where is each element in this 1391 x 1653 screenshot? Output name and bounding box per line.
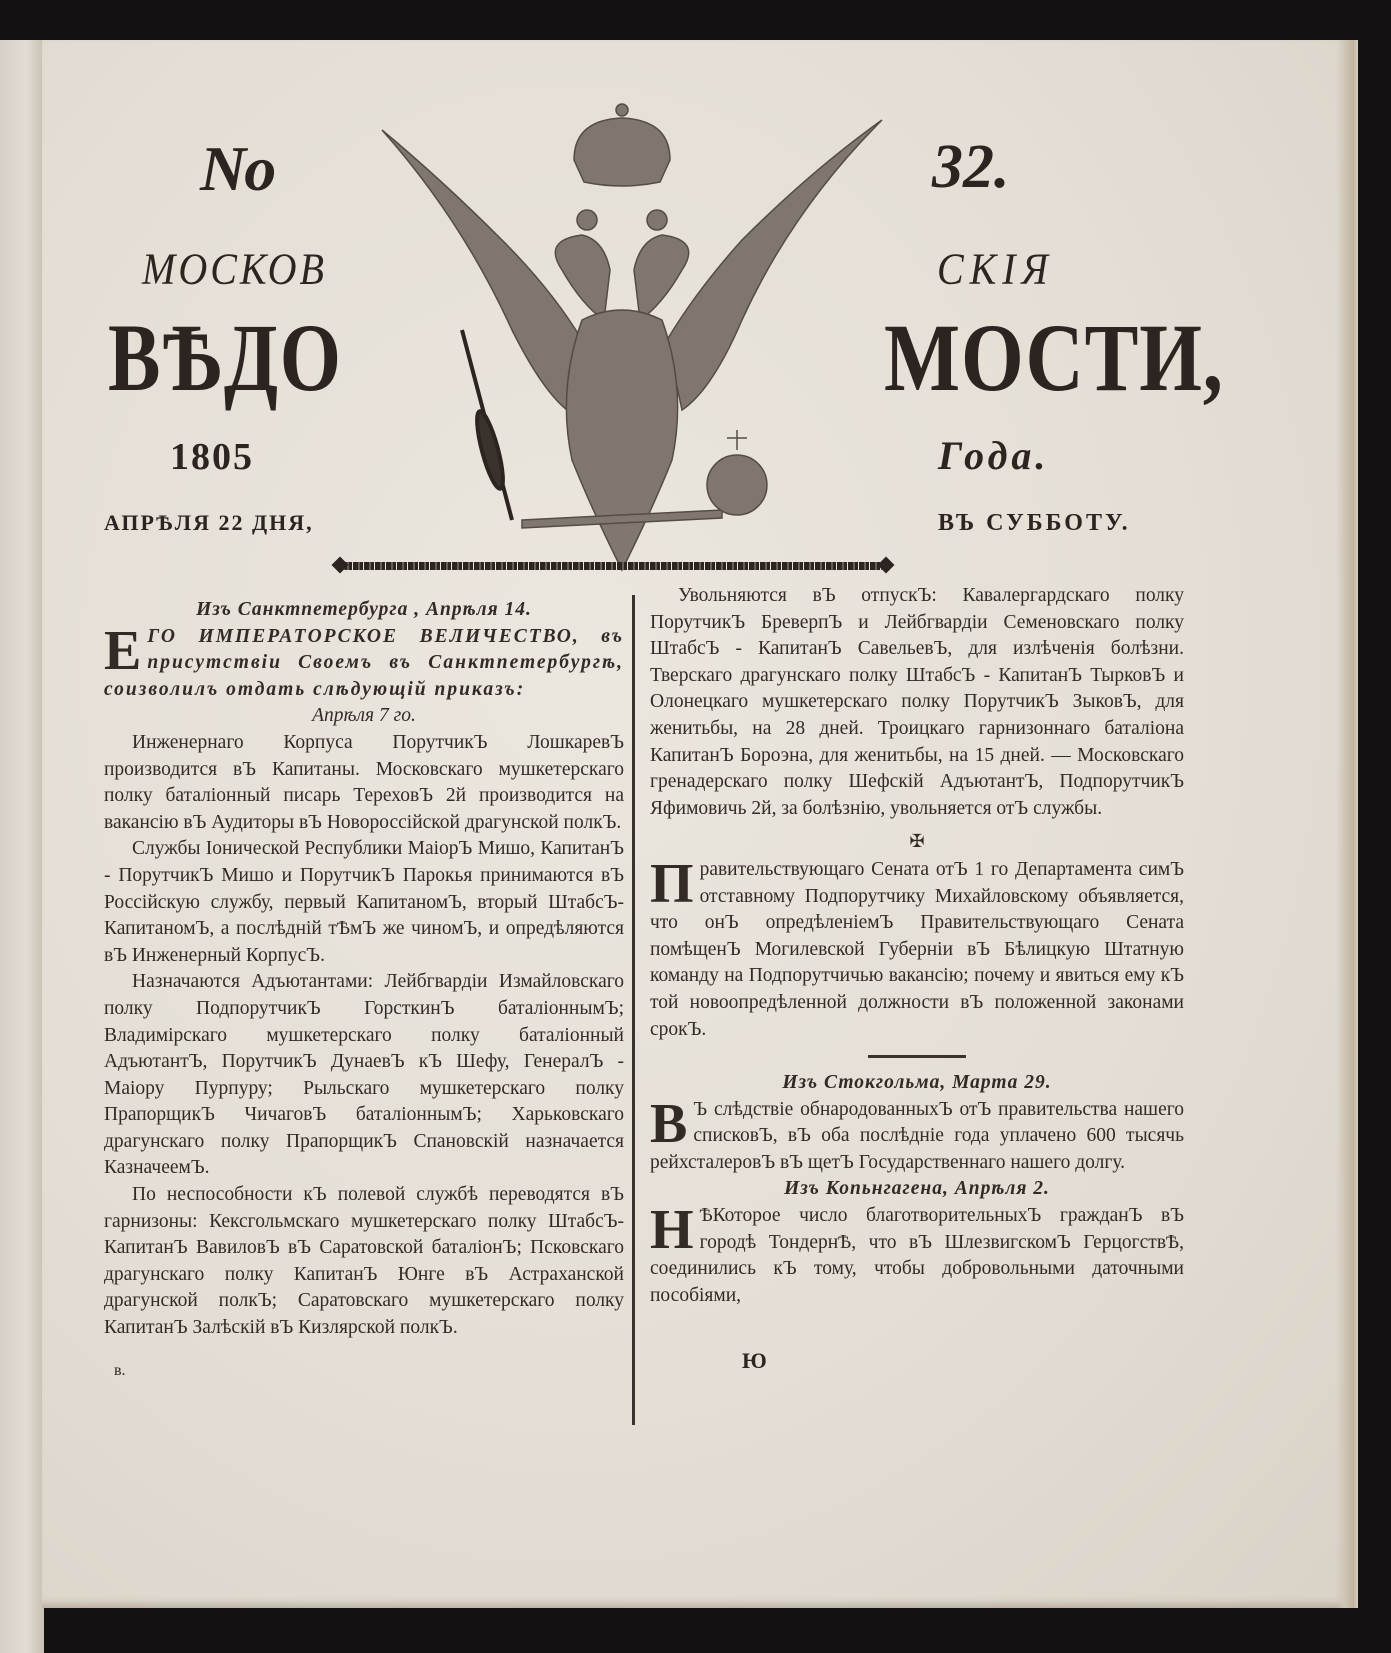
signature-mark: в.	[114, 1362, 126, 1380]
newspaper-page: No 32. МОСКОВ СКІЯ ВѢДО МОСТИ, 1805 Года…	[42, 40, 1358, 1608]
article-paragraph: Увольняются вЪ отпускЪ: Кавалергардскаго…	[650, 583, 1184, 822]
facing-page-edge	[0, 40, 44, 1653]
dropcap: В	[650, 1101, 687, 1147]
title-part1-right: СКІЯ	[937, 243, 1054, 295]
left-column: Изъ Санктпетербурга , Апрѣля 14. ЕГО ИМП…	[104, 597, 624, 1342]
title-part2-right: МОСТИ,	[884, 302, 1224, 413]
copenhagen-paragraph: НѢКоторое число благотворительныхЪ гражд…	[650, 1203, 1184, 1309]
column-divider	[632, 595, 635, 1425]
issue-date: АПРѢЛЯ 22 ДНЯ,	[104, 510, 314, 536]
article-paragraph: По неспособности кЪ полевой службѣ перев…	[104, 1182, 624, 1342]
year: 1805	[170, 435, 254, 479]
dateline-stockholm: Изъ Стокгольма, Марта 29.	[650, 1070, 1184, 1097]
article-paragraph: Назначаются Адъютантами: Лейбгвардіи Изм…	[104, 969, 624, 1182]
stockholm-paragraph: ВЪ слѣдствіе обнародованныхЪ отЪ правите…	[650, 1097, 1184, 1177]
lead-paragraph: ЕГО ИМПЕРАТОРСКОЕ ВЕЛИЧЕСТВО, въ присутс…	[104, 624, 624, 704]
double-headed-eagle-icon	[342, 90, 902, 590]
title-part2-left: ВѢДО	[108, 302, 343, 413]
ornamental-rule	[342, 562, 884, 570]
issue-weekday: ВЪ СУББОТУ.	[938, 510, 1131, 537]
article-paragraph: Инженернаго Корпуса ПорутчикЪ ЛошкаревЪ …	[104, 730, 624, 836]
senate-paragraph: Правительствующаго Сената отЪ 1 го Депар…	[650, 857, 1184, 1043]
dateline-st-petersburg: Изъ Санктпетербурга , Апрѣля 14.	[104, 597, 624, 624]
year-word: Года.	[938, 432, 1049, 479]
title-part1-left: МОСКОВ	[142, 243, 327, 295]
article-paragraph: Службы Іонической Республики МаіорЪ Мишо…	[104, 836, 624, 969]
issue-number-label: No	[200, 132, 274, 206]
catchword: Ю	[742, 1348, 767, 1374]
right-column: Увольняются вЪ отпускЪ: Кавалергардскаго…	[650, 583, 1184, 1309]
page-edge	[1336, 40, 1358, 1608]
order-date: Апрѣля 7 го.	[104, 703, 624, 730]
issue-number-value: 32.	[932, 132, 1010, 203]
dropcap: Е	[104, 628, 141, 674]
dropcap: П	[650, 861, 694, 907]
dropcap: Н	[650, 1207, 694, 1253]
section-divider	[868, 1055, 966, 1058]
cross-ornament-icon: ✠	[650, 828, 1184, 855]
dateline-copenhagen: Изъ Копьнгагена, Апрѣля 2.	[650, 1176, 1184, 1203]
